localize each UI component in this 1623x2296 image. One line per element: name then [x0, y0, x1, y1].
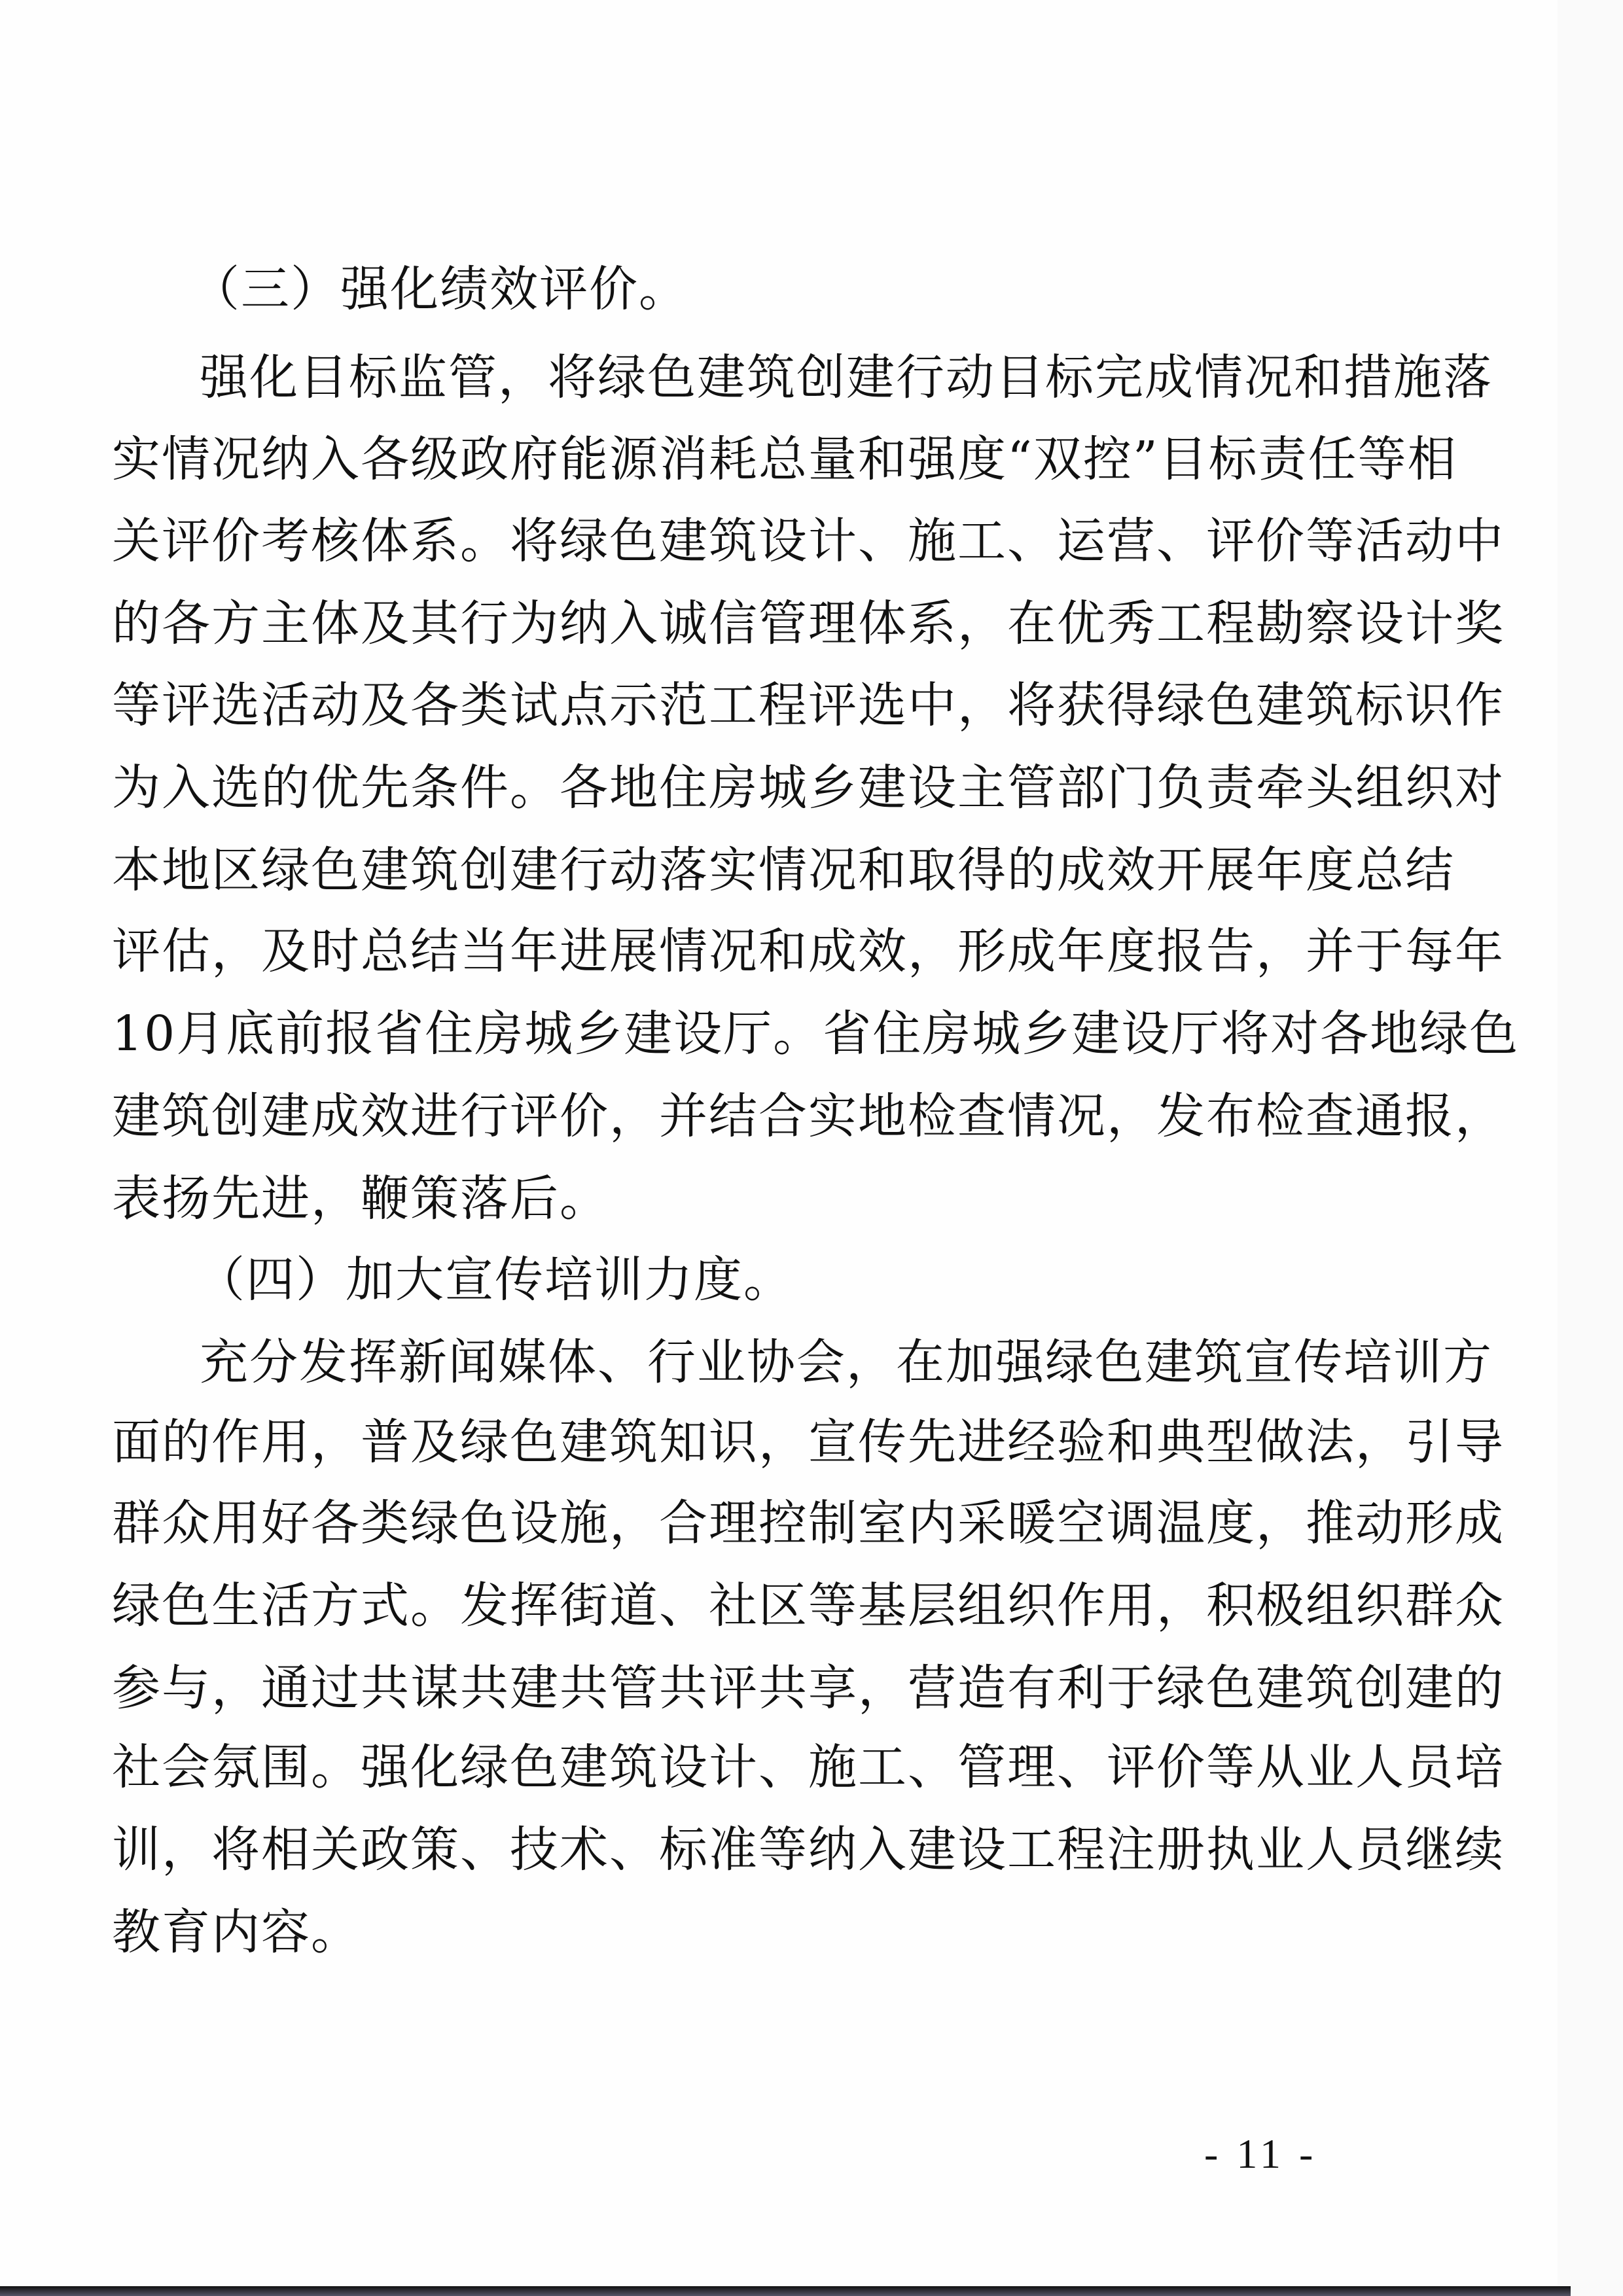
paragraph-line: 本地区绿色建筑创建行动落实情况和取得的成效开展年度总结	[112, 838, 1316, 903]
section-heading-3: （三）强化绩效评价。	[191, 256, 688, 322]
paragraph-line: 充分发挥新闻媒体、行业协会，在加强绿色建筑宣传培训方	[200, 1330, 1316, 1395]
paragraph-line: 的各方主体及其行为纳入诚信管理体系，在优秀工程勘察设计奖	[112, 591, 1316, 656]
paragraph-line: 社会氛围。强化绿色建筑设计、施工、管理、评价等从业人员培	[112, 1735, 1316, 1800]
page-number: - 11 -	[1204, 2130, 1317, 2178]
paragraph-line: 绿色生活方式。发挥街道、社区等基层组织作用，积极组织群众	[112, 1573, 1316, 1638]
paragraph-line: 训，将相关政策、技术、标准等纳入建设工程注册执业人员继续	[112, 1817, 1316, 1882]
paragraph-line: 实情况纳入各级政府能源消耗总量和强度“双控”目标责任等相	[112, 427, 1316, 492]
paragraph-line: 评估，及时总结当年进展情况和成效，形成年度报告，并于每年	[112, 919, 1316, 984]
section-heading-4: （四）加大宣传培训力度。	[196, 1247, 793, 1313]
paragraph-line: 强化目标监管，将绿色建筑创建行动目标完成情况和措施落	[200, 345, 1316, 410]
paragraph-line: 为入选的优先条件。各地住房城乡建设主管部门负责牵头组织对	[112, 755, 1316, 821]
document-page: （三）强化绩效评价。 强化目标监管，将绿色建筑创建行动目标完成情况和措施落 实情…	[0, 0, 1558, 2287]
paragraph-line: 面的作用，普及绿色建筑知识，宣传先进经验和典型做法，引导	[112, 1409, 1316, 1475]
paragraph-line: 参与，通过共谋共建共管共评共享，营造有利于绿色建筑创建的	[112, 1655, 1316, 1721]
paragraph-line: 群众用好各类绿色设施，合理控制室内采暖空调温度，推动形成	[112, 1491, 1316, 1556]
paragraph-line: 10月底前报省住房城乡建设厅。省住房城乡建设厅将对各地绿色	[112, 1001, 1316, 1067]
paragraph-line: 等评选活动及各类试点示范工程评选中，将获得绿色建筑标识作	[112, 673, 1316, 738]
paragraph-line: 关评价考核体系。将绿色建筑设计、施工、运营、评价等活动中	[112, 508, 1316, 574]
paragraph-line: 教育内容。	[112, 1899, 1316, 1965]
scan-right-margin	[1558, 0, 1623, 2296]
scan-bottom-edge	[0, 2286, 1571, 2296]
paragraph-line: 建筑创建成效进行评价，并结合实地检查情况，发布检查通报，	[112, 1084, 1316, 1149]
paragraph-line: 表扬先进，鞭策落后。	[112, 1166, 1316, 1231]
